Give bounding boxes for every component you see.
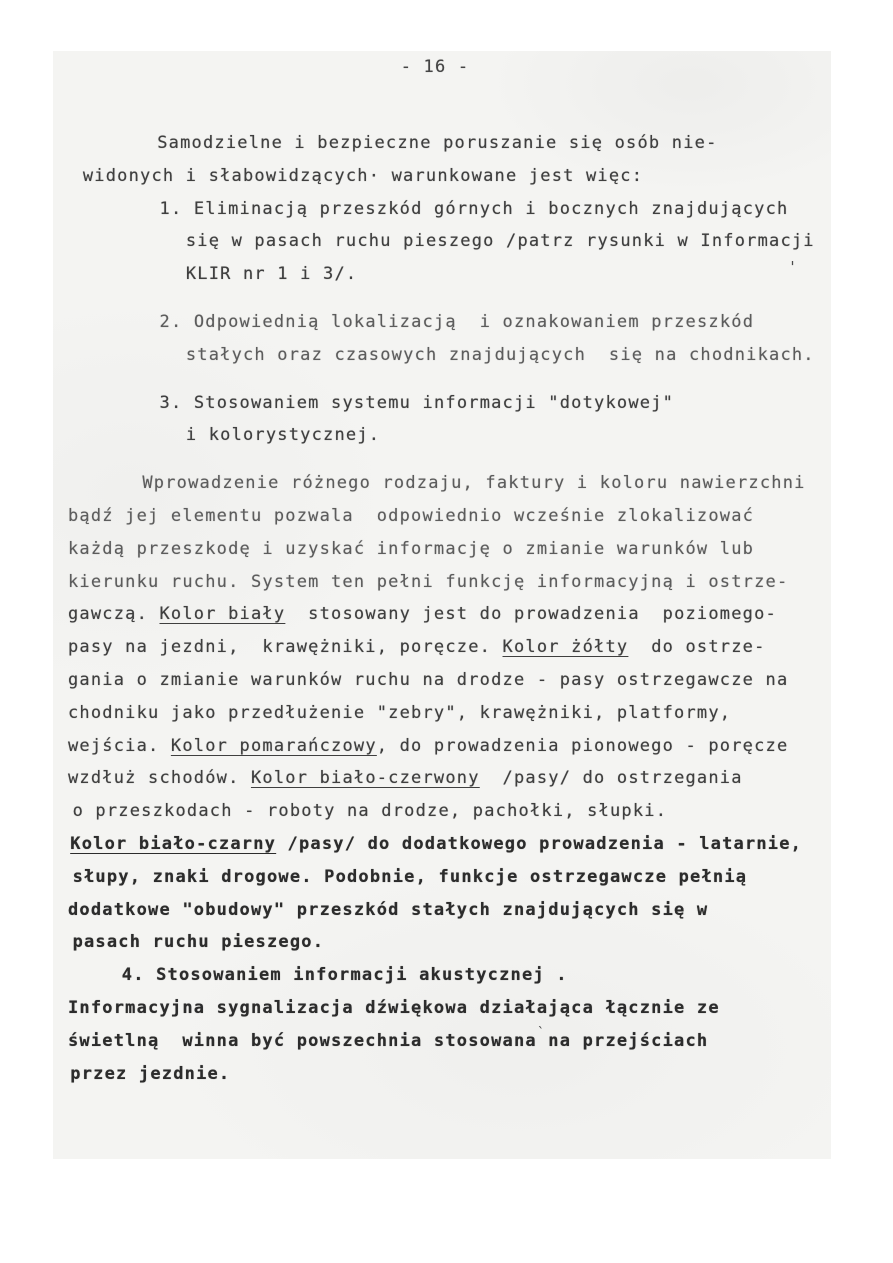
text-segment: pasach ruchu pieszego. <box>73 932 325 952</box>
text-segment: gania o zmianie warunków ruchu na drodze… <box>68 670 788 690</box>
text-line: bądź jej elementu pozwala odpowiednio wc… <box>68 500 825 533</box>
text-segment: 2. Odpowiednią lokalizacją i oznakowanie… <box>160 312 755 332</box>
text-segment: stałych oraz czasowych znajdujących się … <box>186 345 815 365</box>
scan-artifact-mark: ` <box>537 1026 545 1041</box>
text-line: Wprowadzenie różnego rodzaju, faktury i … <box>68 467 825 500</box>
text-line: kierunku ruchu. System ten pełni funkcję… <box>68 566 825 599</box>
text-segment: KLIR nr 1 i 3/. <box>186 264 358 284</box>
text-segment: pasy na jezdni, krawężniki, poręcze. <box>68 637 503 657</box>
text-line: przez jezdnie. <box>68 1058 825 1091</box>
scan-artifact-mark: ' <box>788 258 797 276</box>
text-line: Informacyjna sygnalizacja dźwiękowa dzia… <box>68 992 825 1025</box>
page-number: - 16 - <box>53 57 817 77</box>
text-line: gawczą. Kolor biały stosowany jest do pr… <box>68 598 825 631</box>
text-line: dodatkowe "obudowy" przeszkód stałych zn… <box>68 894 825 927</box>
text-line: chodniku jako przedłużenie "zebry", kraw… <box>68 697 825 730</box>
text-segment: kierunku ruchu. System ten pełni funkcję… <box>68 572 788 592</box>
text-segment: Informacyjna sygnalizacja dźwiękowa dzia… <box>68 998 720 1018</box>
text-line: się w pasach ruchu pieszego /patrz rysun… <box>68 225 825 258</box>
text-segment: wzdłuż schodów. <box>68 768 251 788</box>
text-segment: się w pasach ruchu pieszego /patrz rysun… <box>186 231 815 251</box>
text-lines: Samodzielne i bezpieczne poruszanie się … <box>68 127 825 1090</box>
text-segment: świetlną winna być powszechnia stosowana… <box>68 1031 708 1051</box>
text-line: słupy, znaki drogowe. Podobnie, funkcje … <box>68 861 825 894</box>
text-segment: 4. Stosowaniem informacji akustycznej . <box>122 965 568 985</box>
text-segment: , do prowadzenia pionowego - poręcze <box>377 736 789 756</box>
text-line: pasach ruchu pieszego. <box>68 926 825 959</box>
text-line: i kolorystycznej. <box>68 419 825 452</box>
text-segment: przez jezdnie. <box>70 1064 230 1084</box>
text-segment: /pasy/ do dodatkowego prowadzenia - lata… <box>276 834 802 854</box>
text-segment: 1. Eliminacją przeszkód górnych i boczny… <box>160 199 789 219</box>
text-line: Samodzielne i bezpieczne poruszanie się … <box>68 127 825 160</box>
underlined-color-term: Kolor biało-czerwony <box>251 768 480 788</box>
text-line: pasy na jezdni, krawężniki, poręcze. Kol… <box>68 631 825 664</box>
text-segment: widonych i słabowidzących· warunkowane j… <box>83 166 643 186</box>
underlined-color-term: Kolor żółty <box>503 637 629 657</box>
text-segment: dodatkowe "obudowy" przeszkód stałych zn… <box>68 900 708 920</box>
text-segment: o przeszkodach - roboty na drodze, pacho… <box>73 801 668 821</box>
text-line: 2. Odpowiednią lokalizacją i oznakowanie… <box>68 306 825 339</box>
text-line: wejścia. Kolor pomarańczowy, do prowadze… <box>68 730 825 763</box>
text-segment: bądź jej elementu pozwala odpowiednio wc… <box>68 506 754 526</box>
text-segment: gawczą. <box>68 604 159 624</box>
text-segment: Wprowadzenie różnego rodzaju, faktury i … <box>142 473 805 493</box>
text-segment: stosowany jest do prowadzenia poziomego- <box>285 604 777 624</box>
text-line: każdą przeszkodę i uzyskać informację o … <box>68 533 825 566</box>
text-line: stałych oraz czasowych znajdujących się … <box>68 339 825 372</box>
text-segment: /pasy/ do ostrzegania <box>480 768 743 788</box>
scanned-page: - 16 - Samodzielne i bezpieczne poruszan… <box>53 51 831 1159</box>
text-line: wzdłuż schodów. Kolor biało-czerwony /pa… <box>68 762 825 795</box>
text-line: widonych i słabowidzących· warunkowane j… <box>68 160 825 193</box>
text-line: 3. Stosowaniem systemu informacji "dotyk… <box>68 387 825 420</box>
text-line: Kolor biało-czarny /pasy/ do dodatkowego… <box>68 828 825 861</box>
scan-background: - 16 - Samodzielne i bezpieczne poruszan… <box>0 0 893 1263</box>
underlined-color-term: Kolor pomarańczowy <box>171 736 377 756</box>
text-segment: i kolorystycznej. <box>186 425 380 445</box>
text-segment: słupy, znaki drogowe. Podobnie, funkcje … <box>73 867 748 887</box>
text-line: 4. Stosowaniem informacji akustycznej . <box>68 959 825 992</box>
text-segment: chodniku jako przedłużenie "zebry", kraw… <box>68 703 731 723</box>
text-segment: wejścia. <box>68 736 171 756</box>
text-segment: każdą przeszkodę i uzyskać informację o … <box>68 539 754 559</box>
underlined-color-term: Kolor biały <box>159 604 285 624</box>
text-segment: Samodzielne i bezpieczne poruszanie się … <box>157 133 717 153</box>
text-line: o przeszkodach - roboty na drodze, pacho… <box>68 795 825 828</box>
text-line: świetlną winna być powszechnia stosowana… <box>68 1025 825 1058</box>
text-segment: 3. Stosowaniem systemu informacji "dotyk… <box>160 393 675 413</box>
text-line: gania o zmianie warunków ruchu na drodze… <box>68 664 825 697</box>
underlined-color-term: Kolor biało-czarny <box>70 834 276 854</box>
text-segment: do ostrze- <box>628 637 765 657</box>
text-line: KLIR nr 1 i 3/. <box>68 258 825 291</box>
text-line: 1. Eliminacją przeszkód górnych i boczny… <box>68 193 825 226</box>
